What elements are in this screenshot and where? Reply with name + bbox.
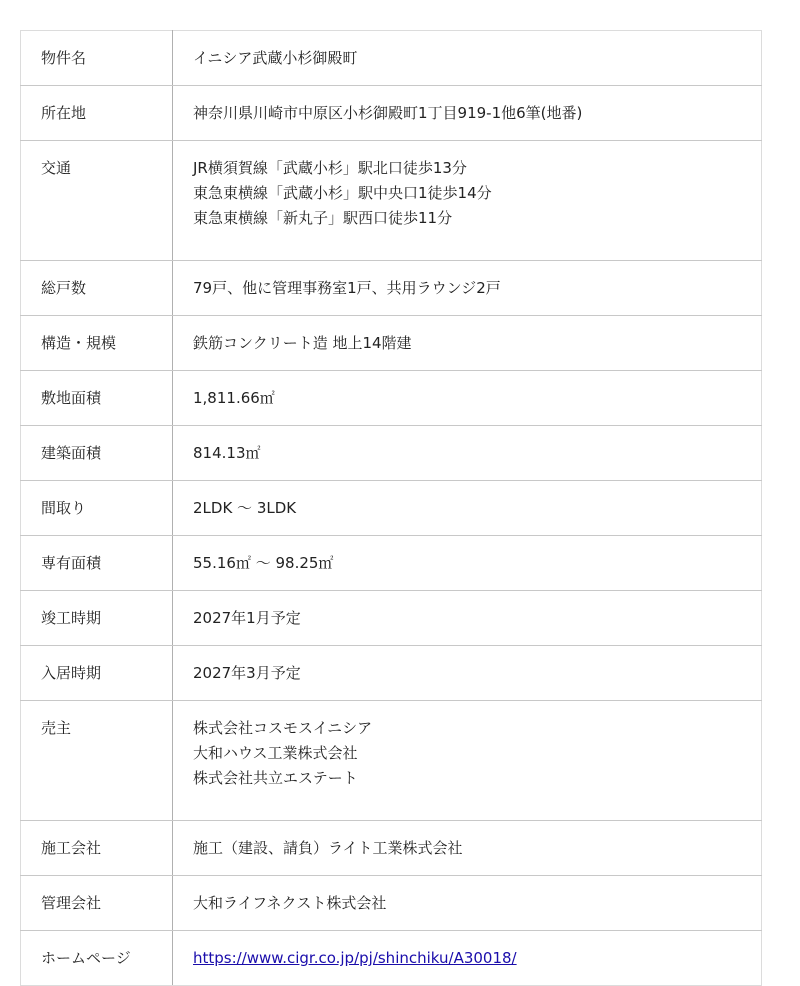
table-row-seller: 売主 株式会社コスモスイニシア 大和ハウス工業株式会社 株式会社共立エステート xyxy=(21,701,762,821)
seller-line: 株式会社コスモスイニシア xyxy=(193,716,761,741)
row-label: 敷地面積 xyxy=(21,371,173,426)
row-value: 814.13㎡ xyxy=(173,426,762,481)
row-value: 鉄筋コンクリート造 地上14階建 xyxy=(173,316,762,371)
table-row-total-units: 総戸数 79戸、他に管理事務室1戸、共用ラウンジ2戸 xyxy=(21,261,762,316)
row-label: 交通 xyxy=(21,141,173,261)
table-row-access: 交通 JR横須賀線「武蔵小杉」駅北口徒歩13分 東急東横線「武蔵小杉」駅中央口1… xyxy=(21,141,762,261)
row-value: 神奈川県川崎市中原区小杉御殿町1丁目919-1他6筆(地番) xyxy=(173,86,762,141)
row-value: 2027年1月予定 xyxy=(173,591,762,646)
table-row-structure: 構造・規模 鉄筋コンクリート造 地上14階建 xyxy=(21,316,762,371)
table-row-floor-area: 専有面積 55.16㎡ 〜 98.25㎡ xyxy=(21,536,762,591)
table-row-floor-plan: 間取り 2LDK 〜 3LDK xyxy=(21,481,762,536)
table-row-property-name: 物件名 イニシア武蔵小杉御殿町 xyxy=(21,31,762,86)
access-line: 東急東横線「武蔵小杉」駅中央口1徒歩14分 xyxy=(193,181,761,206)
table-row-building-area: 建築面積 814.13㎡ xyxy=(21,426,762,481)
homepage-link[interactable]: https://www.cigr.co.jp/pj/shinchiku/A300… xyxy=(193,949,517,967)
row-label: 専有面積 xyxy=(21,536,173,591)
access-line: JR横須賀線「武蔵小杉」駅北口徒歩13分 xyxy=(193,156,761,181)
row-label: 構造・規模 xyxy=(21,316,173,371)
row-label: 管理会社 xyxy=(21,876,173,931)
table-row-management: 管理会社 大和ライフネクスト株式会社 xyxy=(21,876,762,931)
row-value: 79戸、他に管理事務室1戸、共用ラウンジ2戸 xyxy=(173,261,762,316)
row-label: 建築面積 xyxy=(21,426,173,481)
seller-line: 大和ハウス工業株式会社 xyxy=(193,741,761,766)
row-label: 売主 xyxy=(21,701,173,821)
row-value: JR横須賀線「武蔵小杉」駅北口徒歩13分 東急東横線「武蔵小杉」駅中央口1徒歩1… xyxy=(173,141,762,261)
row-label: 総戸数 xyxy=(21,261,173,316)
row-value: 大和ライフネクスト株式会社 xyxy=(173,876,762,931)
row-label: 物件名 xyxy=(21,31,173,86)
row-value: 1,811.66㎡ xyxy=(173,371,762,426)
property-spec-table: 物件名 イニシア武蔵小杉御殿町 所在地 神奈川県川崎市中原区小杉御殿町1丁目91… xyxy=(20,30,762,986)
table-row-homepage: ホームページ https://www.cigr.co.jp/pj/shinchi… xyxy=(21,931,762,986)
row-value: イニシア武蔵小杉御殿町 xyxy=(173,31,762,86)
row-label: ホームページ xyxy=(21,931,173,986)
row-value: https://www.cigr.co.jp/pj/shinchiku/A300… xyxy=(173,931,762,986)
row-label: 施工会社 xyxy=(21,821,173,876)
table-row-site-area: 敷地面積 1,811.66㎡ xyxy=(21,371,762,426)
row-value: 施工（建設、請負）ライト工業株式会社 xyxy=(173,821,762,876)
row-value: 株式会社コスモスイニシア 大和ハウス工業株式会社 株式会社共立エステート xyxy=(173,701,762,821)
row-label: 入居時期 xyxy=(21,646,173,701)
row-value: 2027年3月予定 xyxy=(173,646,762,701)
table-row-move-in: 入居時期 2027年3月予定 xyxy=(21,646,762,701)
table-row-contractor: 施工会社 施工（建設、請負）ライト工業株式会社 xyxy=(21,821,762,876)
seller-line: 株式会社共立エステート xyxy=(193,766,761,791)
row-label: 間取り xyxy=(21,481,173,536)
table-row-completion: 竣工時期 2027年1月予定 xyxy=(21,591,762,646)
row-value: 2LDK 〜 3LDK xyxy=(173,481,762,536)
table-row-location: 所在地 神奈川県川崎市中原区小杉御殿町1丁目919-1他6筆(地番) xyxy=(21,86,762,141)
row-label: 所在地 xyxy=(21,86,173,141)
row-value: 55.16㎡ 〜 98.25㎡ xyxy=(173,536,762,591)
access-line: 東急東横線「新丸子」駅西口徒歩11分 xyxy=(193,206,761,231)
row-label: 竣工時期 xyxy=(21,591,173,646)
